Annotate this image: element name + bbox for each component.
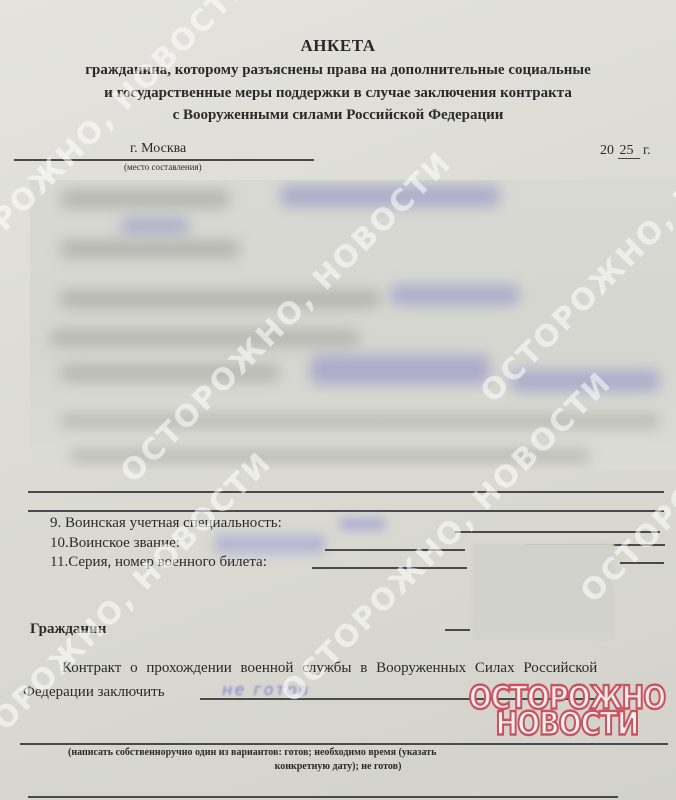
date-suffix: г. — [643, 143, 651, 158]
redacted-personal-data — [30, 180, 676, 470]
place-underline — [14, 159, 314, 161]
contract-text-line-1: Контракт о прохождении военной службы в … — [62, 660, 597, 677]
redacted-signature-box — [472, 543, 614, 639]
logo-line-2: НОВОСТИ — [462, 709, 672, 740]
watermark-text: ОСТОРОЖНО, НОВОСТИ — [0, 445, 279, 790]
document-subtitle-line-3: с Вооруженными силами Российской Федерац… — [0, 107, 676, 124]
field-military-rank-label: 10.Воинское звание: — [50, 535, 180, 552]
contract-text-line-2: Федерации заключить — [23, 684, 165, 701]
contract-note-line-1: (написать собственноручно один из вариан… — [68, 747, 436, 758]
citizen-label: Гражданин — [30, 621, 106, 638]
date-prefix: 20 — [600, 143, 614, 158]
field-military-specialty-value-redacted — [340, 518, 385, 530]
field-military-specialty-underline — [455, 531, 660, 533]
citizen-signature-underline — [445, 629, 470, 631]
document-subtitle-line-1: гражданина, которому разъяснены права на… — [0, 62, 676, 79]
document-subtitle-line-2: и государственные меры поддержки в случа… — [0, 85, 676, 102]
field-military-specialty-label: 9. Воинская учетная специальность: — [50, 515, 282, 532]
contract-blank-line — [20, 743, 668, 745]
field-military-id-underline — [312, 567, 467, 569]
blank-line-1 — [28, 491, 664, 493]
field-military-id-underline-2 — [620, 562, 664, 564]
document-title: АНКЕТА — [0, 36, 676, 56]
field-military-rank-value-redacted — [215, 535, 325, 553]
bottom-line — [28, 796, 618, 798]
place-caption: (место составления) — [124, 162, 202, 172]
field-military-rank-underline — [325, 549, 465, 551]
date-year: 25 — [618, 143, 640, 159]
place-value: г. Москва — [130, 141, 186, 157]
contract-note-line-2: конкретную дату); не готов) — [0, 761, 676, 772]
date-field: 20 25 г. — [600, 143, 651, 159]
handwritten-answer: не готов — [222, 680, 310, 699]
news-logo: ОСТОРОЖНО НОВОСТИ — [462, 686, 672, 738]
field-military-id-label: 11.Серия, номер военного билета: — [50, 554, 267, 571]
blank-line-2 — [28, 510, 664, 512]
